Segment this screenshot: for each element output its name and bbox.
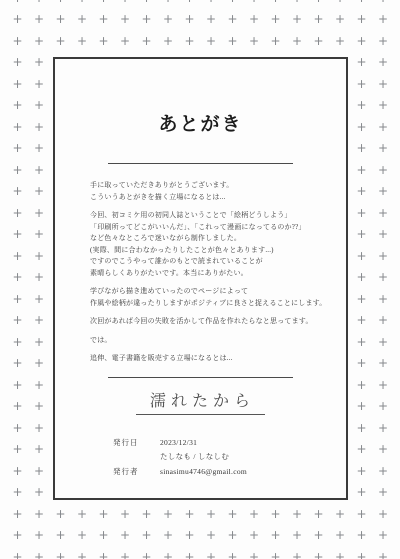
plus-glyph: + — [378, 0, 388, 4]
plus-glyph: + — [12, 293, 22, 305]
plus-glyph: + — [356, 465, 366, 477]
colophon-value: sinasimu4746@gmail.com — [160, 465, 247, 480]
plus-glyph: + — [378, 529, 388, 541]
plus-glyph: + — [77, 508, 87, 520]
plus-glyph: + — [378, 271, 388, 283]
plus-glyph: + — [206, 0, 216, 4]
plus-glyph: + — [12, 35, 22, 47]
colophon-label: 発行者 — [113, 465, 160, 480]
text-line: 手に取っていただきありがとうございます。 — [90, 180, 346, 192]
plus-glyph: + — [12, 379, 22, 391]
colophon-row: 発行日2023/12/31 — [113, 436, 346, 451]
plus-glyph: + — [335, 508, 345, 520]
book-title-row: 濡れたから — [55, 388, 346, 415]
plus-glyph: + — [34, 185, 44, 197]
plus-glyph: + — [356, 400, 366, 412]
plus-glyph: + — [249, 35, 259, 47]
text-line: では。 — [90, 335, 346, 347]
plus-glyph: + — [0, 13, 1, 25]
plus-glyph: + — [98, 35, 108, 47]
plus-glyph: + — [120, 508, 130, 520]
plus-glyph: + — [12, 207, 22, 219]
plus-glyph: + — [356, 142, 366, 154]
plus-glyph: + — [292, 529, 302, 541]
plus-glyph: + — [292, 35, 302, 47]
plus-glyph: + — [34, 13, 44, 25]
plus-glyph: + — [0, 293, 1, 305]
plus-glyph: + — [378, 465, 388, 477]
plus-glyph: + — [12, 142, 22, 154]
plus-glyph: + — [184, 13, 194, 25]
plus-glyph: + — [34, 164, 44, 176]
plus-glyph: + — [356, 78, 366, 90]
plus-glyph: + — [120, 35, 130, 47]
plus-glyph: + — [77, 551, 87, 559]
divider-bottom — [108, 377, 293, 378]
plus-glyph: + — [12, 465, 22, 477]
plus-glyph: + — [356, 207, 366, 219]
book-title: 濡れたから — [136, 388, 265, 415]
plus-glyph: + — [335, 551, 345, 559]
plus-glyph: + — [378, 121, 388, 133]
plus-glyph: + — [378, 13, 388, 25]
plus-glyph: + — [163, 529, 173, 541]
plus-glyph: + — [249, 13, 259, 25]
plus-glyph: + — [378, 35, 388, 47]
plus-glyph: + — [77, 35, 87, 47]
plus-glyph: + — [356, 13, 366, 25]
plus-glyph: + — [34, 508, 44, 520]
plus-glyph: + — [378, 78, 388, 90]
plus-glyph: + — [378, 142, 388, 154]
plus-glyph: + — [120, 0, 130, 4]
plus-glyph: + — [356, 379, 366, 391]
plus-glyph: + — [141, 508, 151, 520]
plus-glyph: + — [184, 35, 194, 47]
plus-glyph: + — [98, 13, 108, 25]
plus-glyph: + — [163, 0, 173, 4]
plus-glyph: + — [12, 336, 22, 348]
plus-glyph: + — [120, 551, 130, 559]
plus-glyph: + — [34, 271, 44, 283]
plus-glyph: + — [12, 551, 22, 559]
plus-glyph: + — [356, 0, 366, 4]
plus-glyph: + — [356, 314, 366, 326]
plus-glyph: + — [227, 551, 237, 559]
plus-glyph: + — [55, 551, 65, 559]
plus-glyph: + — [335, 529, 345, 541]
plus-glyph: + — [98, 551, 108, 559]
plus-glyph: + — [34, 207, 44, 219]
text-line: 「印刷所ってどこがいいんだ」、「これって漫画になってるのか??」 — [90, 222, 346, 234]
plus-glyph: + — [12, 250, 22, 262]
plus-glyph: + — [34, 78, 44, 90]
plus-glyph: + — [249, 529, 259, 541]
plus-glyph: + — [0, 508, 1, 520]
plus-glyph: + — [0, 271, 1, 283]
plus-glyph: + — [34, 0, 44, 4]
plus-glyph: + — [0, 551, 1, 559]
plus-glyph: + — [34, 293, 44, 305]
plus-glyph: + — [12, 529, 22, 541]
plus-glyph: + — [249, 551, 259, 559]
plus-glyph: + — [77, 529, 87, 541]
plus-glyph: + — [34, 400, 44, 412]
plus-glyph: + — [77, 13, 87, 25]
text-line: 今回、初コミケ用の初同人誌ということで「絵柄どうしよう」 — [90, 210, 346, 222]
plus-glyph: + — [34, 142, 44, 154]
plus-glyph: + — [270, 508, 280, 520]
plus-glyph: + — [55, 13, 65, 25]
plus-glyph: + — [378, 422, 388, 434]
plus-glyph: + — [120, 529, 130, 541]
plus-glyph: + — [378, 185, 388, 197]
plus-glyph: + — [227, 35, 237, 47]
colophon: 発行日2023/12/31たしなも / しなしむ発行者sinasimu4746@… — [113, 436, 346, 480]
plus-glyph: + — [163, 508, 173, 520]
plus-glyph: + — [313, 13, 323, 25]
plus-glyph: + — [0, 56, 1, 68]
plus-glyph: + — [292, 0, 302, 4]
plus-glyph: + — [0, 357, 1, 369]
plus-glyph: + — [184, 0, 194, 4]
plus-glyph: + — [206, 529, 216, 541]
plus-glyph: + — [0, 314, 1, 326]
plus-glyph: + — [12, 0, 22, 4]
plus-glyph: + — [0, 250, 1, 262]
plus-glyph: + — [356, 121, 366, 133]
plus-glyph: + — [356, 164, 366, 176]
text-line: 追伸、電子書籍を販売する立場になるとは... — [90, 353, 346, 365]
plus-glyph: + — [206, 35, 216, 47]
plus-glyph: + — [313, 508, 323, 520]
plus-glyph: + — [356, 443, 366, 455]
plus-glyph: + — [34, 486, 44, 498]
plus-glyph: + — [141, 35, 151, 47]
plus-glyph: + — [0, 422, 1, 434]
colophon-label: 発行日 — [113, 436, 160, 451]
plus-glyph: + — [34, 465, 44, 477]
colophon-label — [113, 450, 160, 465]
plus-glyph: + — [378, 164, 388, 176]
plus-glyph: + — [12, 13, 22, 25]
plus-glyph: + — [98, 508, 108, 520]
plus-glyph: + — [356, 508, 366, 520]
plus-glyph: + — [356, 551, 366, 559]
plus-glyph: + — [34, 529, 44, 541]
text-line: こういうあとがきを描く立場になるとは... — [90, 192, 346, 204]
plus-glyph: + — [55, 508, 65, 520]
plus-glyph: + — [163, 35, 173, 47]
plus-glyph: + — [227, 0, 237, 4]
plus-glyph: + — [163, 551, 173, 559]
text-line: 作風や絵柄が違ったりしますがポジティブに良さと捉えることにします。 — [90, 298, 346, 310]
plus-glyph: + — [0, 465, 1, 477]
plus-glyph: + — [34, 422, 44, 434]
plus-glyph: + — [0, 207, 1, 219]
plus-glyph: + — [34, 314, 44, 326]
plus-glyph: + — [34, 357, 44, 369]
plus-glyph: + — [0, 443, 1, 455]
plus-glyph: + — [249, 508, 259, 520]
afterword-page: ++++++++++++++++++++++++++++++++++++++++… — [0, 0, 400, 559]
plus-glyph: + — [34, 336, 44, 348]
plus-glyph: + — [55, 0, 65, 4]
plus-glyph: + — [34, 443, 44, 455]
plus-glyph: + — [378, 228, 388, 240]
plus-glyph: + — [0, 78, 1, 90]
plus-glyph: + — [12, 185, 22, 197]
plus-glyph: + — [184, 508, 194, 520]
plus-glyph: + — [206, 551, 216, 559]
paragraph: 追伸、電子書籍を販売する立場になるとは... — [90, 353, 346, 365]
plus-glyph: + — [227, 13, 237, 25]
text-line: (実際、間に合わなかったりしたことが色々とあります...) — [90, 245, 346, 257]
plus-glyph: + — [12, 78, 22, 90]
plus-glyph: + — [163, 13, 173, 25]
plus-glyph: + — [12, 422, 22, 434]
plus-glyph: + — [184, 551, 194, 559]
plus-glyph: + — [249, 0, 259, 4]
plus-glyph: + — [34, 228, 44, 240]
plus-glyph: + — [141, 529, 151, 541]
plus-glyph: + — [0, 0, 1, 4]
plus-glyph: + — [378, 551, 388, 559]
plus-glyph: + — [12, 314, 22, 326]
divider-top — [108, 163, 293, 164]
plus-glyph: + — [206, 508, 216, 520]
text-line: など色々なところで迷いながら制作しました。 — [90, 233, 346, 245]
plus-glyph: + — [270, 529, 280, 541]
colophon-value: たしなも / しなしむ — [160, 450, 229, 465]
plus-glyph: + — [12, 121, 22, 133]
plus-glyph: + — [206, 13, 216, 25]
plus-glyph: + — [356, 56, 366, 68]
plus-glyph: + — [378, 99, 388, 111]
plus-glyph: + — [120, 13, 130, 25]
plus-glyph: + — [55, 529, 65, 541]
plus-glyph: + — [141, 0, 151, 4]
plus-glyph: + — [378, 357, 388, 369]
plus-glyph: + — [292, 508, 302, 520]
text-line: 素晴らしくありがたいです。本当にありがたい。 — [90, 268, 346, 280]
afterword-panel: あとがき 手に取っていただきありがとうございます。こういうあとがきを描く立場にな… — [53, 57, 348, 500]
plus-glyph: + — [227, 529, 237, 541]
plus-glyph: + — [356, 185, 366, 197]
plus-glyph: + — [356, 250, 366, 262]
paragraph: 今回、初コミケ用の初同人誌ということで「絵柄どうしよう」「印刷所ってどこがいいん… — [90, 210, 346, 279]
plus-glyph: + — [356, 336, 366, 348]
plus-glyph: + — [0, 185, 1, 197]
plus-glyph: + — [356, 271, 366, 283]
plus-glyph: + — [0, 379, 1, 391]
plus-glyph: + — [0, 486, 1, 498]
plus-glyph: + — [378, 336, 388, 348]
plus-glyph: + — [378, 508, 388, 520]
plus-glyph: + — [34, 56, 44, 68]
plus-glyph: + — [0, 529, 1, 541]
plus-glyph: + — [270, 13, 280, 25]
plus-glyph: + — [98, 0, 108, 4]
plus-glyph: + — [34, 551, 44, 559]
plus-glyph: + — [34, 250, 44, 262]
plus-glyph: + — [227, 508, 237, 520]
plus-glyph: + — [292, 13, 302, 25]
plus-glyph: + — [0, 164, 1, 176]
plus-glyph: + — [12, 508, 22, 520]
plus-glyph: + — [184, 529, 194, 541]
plus-glyph: + — [335, 13, 345, 25]
plus-glyph: + — [378, 293, 388, 305]
plus-glyph: + — [378, 314, 388, 326]
plus-glyph: + — [378, 379, 388, 391]
plus-glyph: + — [12, 56, 22, 68]
plus-glyph: + — [356, 99, 366, 111]
afterword-body: 手に取っていただきありがとうございます。こういうあとがきを描く立場になるとは..… — [90, 180, 346, 365]
plus-glyph: + — [378, 56, 388, 68]
plus-glyph: + — [34, 99, 44, 111]
plus-glyph: + — [356, 228, 366, 240]
plus-glyph: + — [12, 228, 22, 240]
plus-glyph: + — [12, 486, 22, 498]
plus-glyph: + — [356, 293, 366, 305]
plus-glyph: + — [378, 443, 388, 455]
paragraph: では。 — [90, 335, 346, 347]
plus-glyph: + — [0, 121, 1, 133]
plus-glyph: + — [141, 551, 151, 559]
plus-glyph: + — [12, 271, 22, 283]
plus-glyph: + — [77, 0, 87, 4]
plus-glyph: + — [98, 529, 108, 541]
plus-glyph: + — [270, 35, 280, 47]
plus-glyph: + — [34, 379, 44, 391]
plus-glyph: + — [313, 0, 323, 4]
plus-glyph: + — [313, 35, 323, 47]
page-heading: あとがき — [55, 109, 346, 136]
plus-glyph: + — [0, 400, 1, 412]
colophon-value: 2023/12/31 — [160, 436, 197, 451]
plus-glyph: + — [12, 400, 22, 412]
plus-glyph: + — [356, 422, 366, 434]
text-line: ですのでこうやって誰かのもとで読まれていることが — [90, 256, 346, 268]
plus-glyph: + — [270, 551, 280, 559]
paragraph: 手に取っていただきありがとうございます。こういうあとがきを描く立場になるとは..… — [90, 180, 346, 203]
plus-glyph: + — [141, 13, 151, 25]
plus-glyph: + — [356, 357, 366, 369]
plus-glyph: + — [313, 551, 323, 559]
plus-glyph: + — [12, 443, 22, 455]
plus-glyph: + — [34, 35, 44, 47]
plus-glyph: + — [55, 35, 65, 47]
text-line: 学びながら描き進めていったのでページによって — [90, 286, 346, 298]
plus-glyph: + — [12, 164, 22, 176]
plus-glyph: + — [356, 529, 366, 541]
plus-glyph: + — [0, 35, 1, 47]
plus-glyph: + — [356, 486, 366, 498]
text-line: 次回があれば今回の失敗を活かして作品を作れたらなと思ってます。 — [90, 316, 346, 328]
plus-glyph: + — [270, 0, 280, 4]
plus-glyph: + — [335, 0, 345, 4]
plus-glyph: + — [0, 336, 1, 348]
plus-glyph: + — [0, 99, 1, 111]
plus-glyph: + — [378, 250, 388, 262]
colophon-row: 発行者sinasimu4746@gmail.com — [113, 465, 346, 480]
paragraph: 学びながら描き進めていったのでページによって作風や絵柄が違ったりしますがポジティ… — [90, 286, 346, 309]
paragraph: 次回があれば今回の失敗を活かして作品を作れたらなと思ってます。 — [90, 316, 346, 328]
plus-glyph: + — [335, 35, 345, 47]
plus-glyph: + — [12, 357, 22, 369]
plus-glyph: + — [292, 551, 302, 559]
plus-glyph: + — [313, 529, 323, 541]
plus-glyph: + — [378, 400, 388, 412]
plus-glyph: + — [12, 99, 22, 111]
plus-glyph: + — [34, 121, 44, 133]
colophon-row: たしなも / しなしむ — [113, 450, 346, 465]
plus-glyph: + — [356, 35, 366, 47]
plus-glyph: + — [0, 142, 1, 154]
plus-glyph: + — [0, 228, 1, 240]
plus-glyph: + — [378, 486, 388, 498]
plus-glyph: + — [378, 207, 388, 219]
